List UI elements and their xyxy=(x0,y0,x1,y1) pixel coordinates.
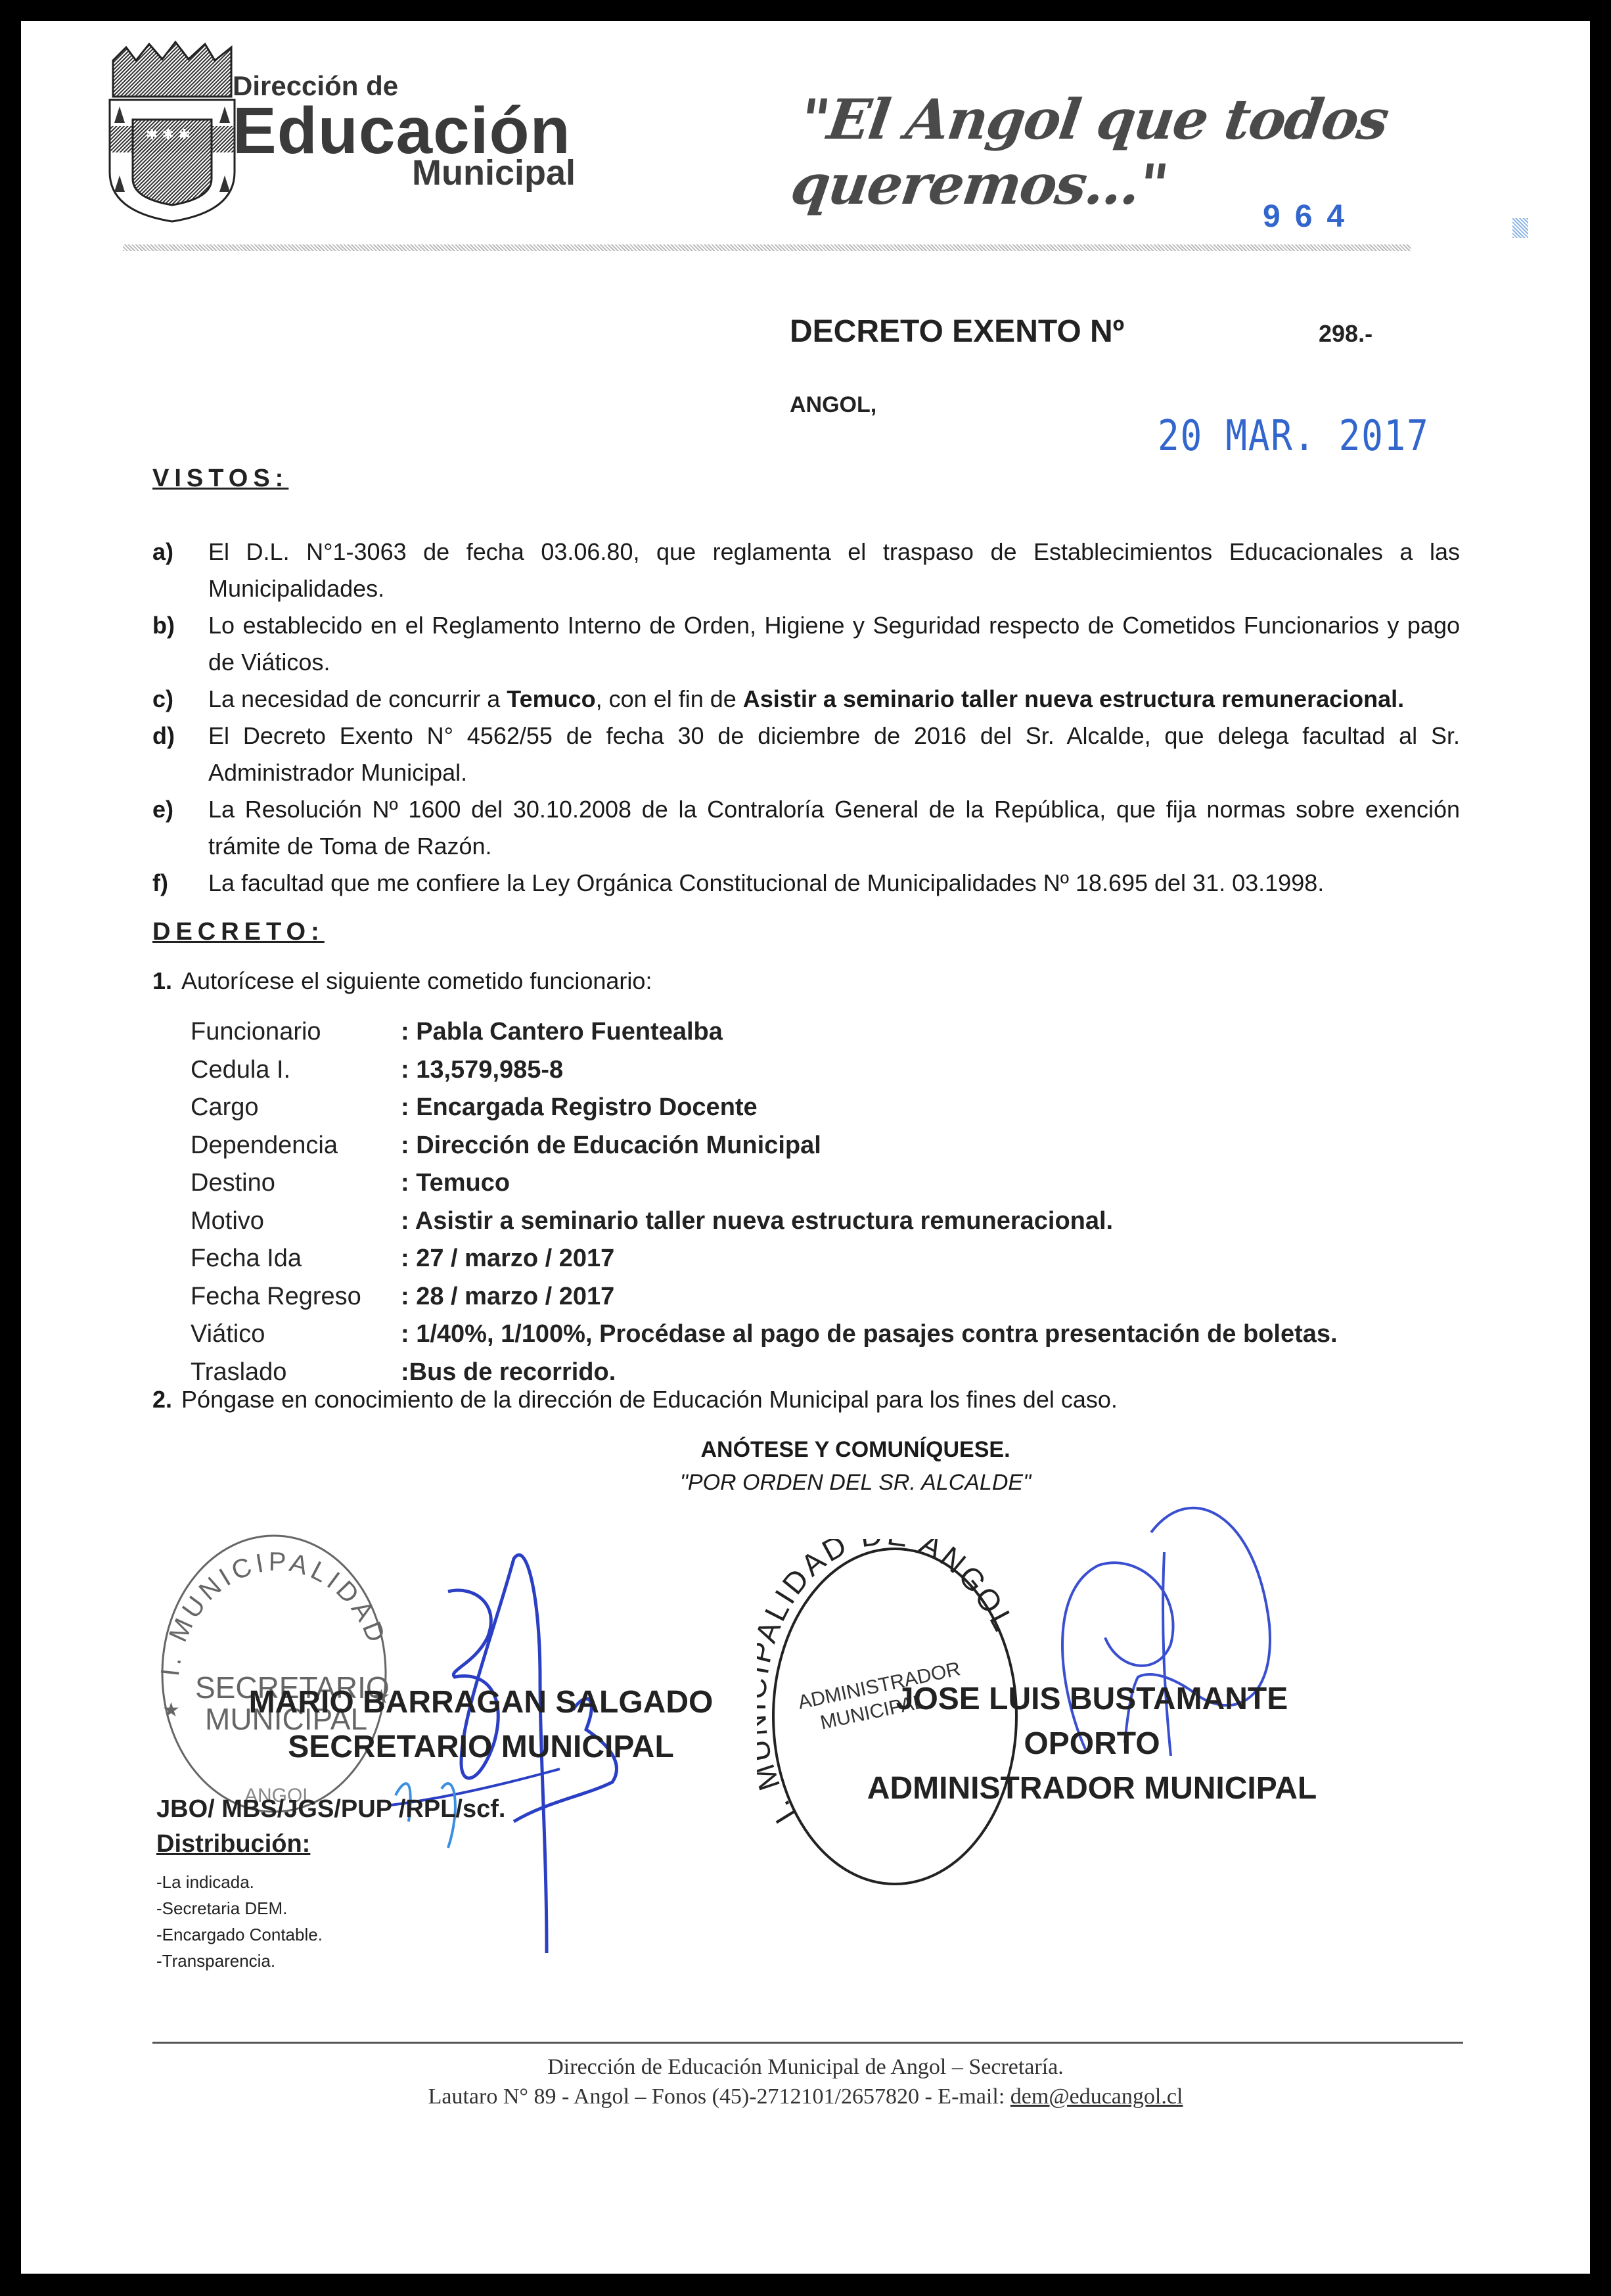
detail-value: : 13,579,985-8 xyxy=(401,1051,563,1090)
signer-role: ADMINISTRADOR MUNICIPAL xyxy=(829,1766,1355,1811)
detail-key: Cargo xyxy=(191,1089,401,1127)
svg-text:I. MUNICIPALIDAD: I. MUNICIPALIDAD xyxy=(156,1548,392,1678)
detail-key: Fecha Ida xyxy=(191,1240,401,1278)
point-text: Póngase en conocimiento de la dirección … xyxy=(181,1386,1118,1413)
closing-formula: ANÓTESE Y COMUNÍQUESE. xyxy=(21,1437,1565,1463)
distribution-item: -Transparencia. xyxy=(156,1948,323,1974)
date-stamp: 20 MAR. 2017 xyxy=(1158,412,1429,461)
document-page: ✱ ✱ ✱ Dirección de Educación Municipal "… xyxy=(21,21,1590,2274)
text-plain: La necesidad de concurrir a xyxy=(208,685,507,712)
detail-row: Fecha Ida: 27 / marzo / 2017 xyxy=(191,1240,1338,1278)
point-number: 1. xyxy=(152,967,172,994)
registry-number-stamp: 964 xyxy=(1263,198,1359,235)
decree-number: 298.- xyxy=(1319,320,1373,348)
detail-value: : 1/40%, 1/100%, Procédase al pago de pa… xyxy=(401,1316,1338,1354)
footer-address: Lautaro N° 89 - Angol – Fonos (45)-27121… xyxy=(428,2084,1010,2109)
decreto-heading: DECRETO: xyxy=(152,918,325,946)
point-number: 2. xyxy=(152,1386,172,1413)
text-bold: Asistir a seminario taller nueva estruct… xyxy=(743,685,1404,712)
signer-name: JOSE LUIS BUSTAMANTE OPORTO xyxy=(829,1677,1355,1766)
item-text: La facultad que me confiere la Ley Orgán… xyxy=(208,865,1460,902)
slogan: "El Angol que todos queremos..." xyxy=(787,87,1599,217)
by-order-line: "POR ORDEN DEL SR. ALCALDE" xyxy=(21,1470,1565,1496)
distribution-item: -Encargado Contable. xyxy=(156,1921,323,1948)
detail-value: : 28 / marzo / 2017 xyxy=(401,1278,614,1316)
detail-key: Motivo xyxy=(191,1203,401,1241)
signer-secretary: MARIO BARRAGAN SALGADO SECRETARIO MUNICI… xyxy=(218,1680,744,1770)
decree-point-2: 2.Póngase en conocimiento de la direcció… xyxy=(152,1386,1118,1413)
footer-org: Dirección de Educación Municipal de Ango… xyxy=(21,2055,1590,2080)
detail-key: Fecha Regreso xyxy=(191,1278,401,1316)
signer-administrator: JOSE LUIS BUSTAMANTE OPORTO ADMINISTRADO… xyxy=(829,1677,1355,1811)
ink-smudge xyxy=(1512,218,1528,238)
distribution-list: -La indicada. -Secretaria DEM. -Encargad… xyxy=(156,1869,323,1974)
list-item: f) La facultad que me confiere la Ley Or… xyxy=(152,865,1460,902)
svg-text:✱ ✱ ✱: ✱ ✱ ✱ xyxy=(146,126,191,143)
signer-name: MARIO BARRAGAN SALGADO xyxy=(218,1680,744,1725)
text-plain: , con el fin de xyxy=(596,685,743,712)
list-item: d) El Decreto Exento N° 4562/55 de fecha… xyxy=(152,718,1460,791)
item-text: Lo establecido en el Reglamento Interno … xyxy=(208,607,1460,681)
detail-key: Cedula I. xyxy=(191,1051,401,1090)
list-item: e) La Resolución Nº 1600 del 30.10.2008 … xyxy=(152,791,1460,865)
list-item: b) Lo establecido en el Reglamento Inter… xyxy=(152,607,1460,681)
list-item: c) La necesidad de concurrir a Temuco, c… xyxy=(152,681,1460,718)
detail-row: Cargo: Encargada Registro Docente xyxy=(191,1089,1338,1127)
point-text: Autorícese el siguiente cometido funcion… xyxy=(181,967,652,994)
item-text: La Resolución Nº 1600 del 30.10.2008 de … xyxy=(208,791,1460,865)
item-label: f) xyxy=(152,865,208,902)
reference-initials: JBO/ MBS/JGS/PUP /RPL/scf. xyxy=(156,1795,505,1824)
vistos-heading: VISTOS: xyxy=(152,465,288,493)
item-label: a) xyxy=(152,534,208,607)
commission-details: Funcionario: Pabla Cantero Fuentealba Ce… xyxy=(191,1013,1338,1391)
detail-key: Destino xyxy=(191,1164,401,1203)
list-item: a) El D.L. N°1-3063 de fecha 03.06.80, q… xyxy=(152,534,1460,607)
org-name-line3: Municipal xyxy=(412,152,576,193)
footer-email-link[interactable]: dem@educangol.cl xyxy=(1010,2084,1183,2109)
detail-value: : Temuco xyxy=(401,1164,510,1203)
item-label: b) xyxy=(152,607,208,681)
detail-row: Destino: Temuco xyxy=(191,1164,1338,1203)
distribution-item: -Secretaria DEM. xyxy=(156,1895,323,1921)
item-text: La necesidad de concurrir a Temuco, con … xyxy=(208,681,1460,718)
distribution-item: -La indicada. xyxy=(156,1869,323,1895)
coat-of-arms-icon: ✱ ✱ ✱ xyxy=(100,34,244,225)
signer-role: SECRETARIO MUNICIPAL xyxy=(218,1725,744,1770)
detail-row: Cedula I.: 13,579,985-8 xyxy=(191,1051,1338,1090)
detail-value: : Pabla Cantero Fuentealba xyxy=(401,1013,723,1051)
header-divider xyxy=(123,244,1411,251)
detail-value: : 27 / marzo / 2017 xyxy=(401,1240,614,1278)
document-title: DECRETO EXENTO Nº xyxy=(790,313,1124,350)
detail-value: : Encargada Registro Docente xyxy=(401,1089,758,1127)
detail-value: : Dirección de Educación Municipal xyxy=(401,1127,821,1165)
text-bold: Temuco xyxy=(507,685,595,712)
item-label: c) xyxy=(152,681,208,718)
detail-row: Viático: 1/40%, 1/100%, Procédase al pag… xyxy=(191,1316,1338,1354)
detail-key: Dependencia xyxy=(191,1127,401,1165)
detail-key: Funcionario xyxy=(191,1013,401,1051)
detail-row: Motivo: Asistir a seminario taller nueva… xyxy=(191,1203,1338,1241)
footer-contact: Lautaro N° 89 - Angol – Fonos (45)-27121… xyxy=(21,2084,1590,2109)
city-label: ANGOL, xyxy=(790,392,876,418)
footer-divider xyxy=(152,2042,1463,2044)
vistos-list: a) El D.L. N°1-3063 de fecha 03.06.80, q… xyxy=(152,534,1460,902)
item-text: El D.L. N°1-3063 de fecha 03.06.80, que … xyxy=(208,534,1460,607)
item-label: e) xyxy=(152,791,208,865)
detail-key: Viático xyxy=(191,1316,401,1354)
item-text: El Decreto Exento N° 4562/55 de fecha 30… xyxy=(208,718,1460,791)
secretary-seal-icon: I. MUNICIPALIDAD SECRETARIO MUNICIPAL ★ … xyxy=(149,1526,399,1822)
detail-value: : Asistir a seminario taller nueva estru… xyxy=(401,1203,1113,1241)
detail-row: Funcionario: Pabla Cantero Fuentealba xyxy=(191,1013,1338,1051)
distribution-heading: Distribución: xyxy=(156,1830,310,1858)
decree-point-1: 1.Autorícese el siguiente cometido funci… xyxy=(152,967,652,995)
detail-row: Fecha Regreso: 28 / marzo / 2017 xyxy=(191,1278,1338,1316)
item-label: d) xyxy=(152,718,208,791)
svg-text:★: ★ xyxy=(162,1699,180,1721)
detail-row: Dependencia: Dirección de Educación Muni… xyxy=(191,1127,1338,1165)
